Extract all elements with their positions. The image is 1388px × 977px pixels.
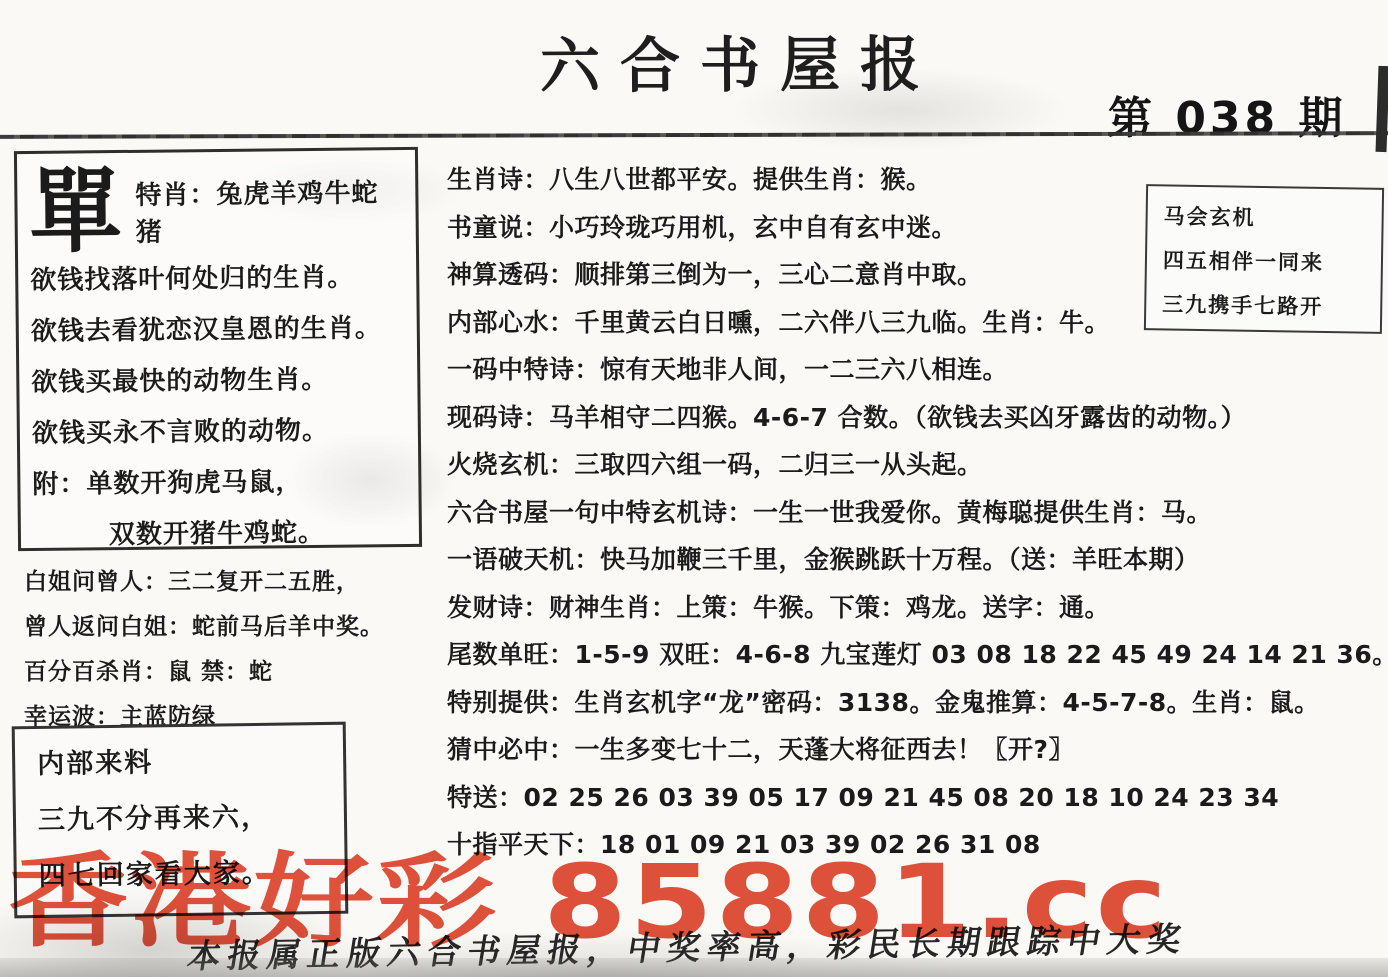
horse-club-mystery-box: 马会玄机 四五相伴一同来 三九携手七路开 [1144, 184, 1384, 334]
special-line: 欲钱去看犹恋汉皇恩的生肖。 [31, 303, 408, 358]
main-tip-line: 发财诗：财神生肖：上策：牛猴。下策：鸡龙。送字：通。 [447, 584, 1388, 632]
main-tip-line: 一语破天机：快马加鞭三千里，金猴跳跃十万程。（送：羊旺本期） [447, 536, 1388, 584]
horse-club-line: 四五相伴一同来 [1163, 238, 1382, 285]
scan-artifact [1376, 66, 1388, 152]
main-tip-line: 火烧玄机：三取四六组一码，二归三一从头起。 [447, 441, 1388, 489]
mid-left-line: 白姐问曾人：三二复开二五胜， [24, 560, 384, 605]
main-tip-line: 特别提供：生肖玄机字“龙”密码：3138。金鬼推算：4-5-7-8。生肖：鼠。 [447, 679, 1388, 727]
mid-left-line: 百分百杀肖：鼠 禁：蛇 [24, 650, 384, 695]
big-dan-character: 單 [29, 170, 122, 256]
watermark: 香港好彩 85881.cc [8, 852, 1169, 954]
main-tip-line: 尾数单旺：1-5-9 双旺：4-6-8 九宝莲灯 03 08 18 22 45 … [447, 631, 1388, 679]
scan-shadow [0, 958, 1388, 977]
special-line: 附：单数开狗虎马鼠， [32, 456, 409, 511]
main-tip-line: 六合书屋一句中特玄机诗：一生一世我爱你。黄梅聪提供生肖：马。 [447, 489, 1388, 537]
special-zodiac-box: 單 特肖：兔虎羊鸡牛蛇猪 欲钱找落叶何处归的生肖。 欲钱去看犹恋汉皇恩的生肖。 … [14, 147, 422, 551]
inner-info-line: 内部来料 [37, 733, 344, 793]
main-tip-line: 现码诗：马羊相守二四猴。4-6-7 合数。（欲钱去买凶牙露齿的动物。） [447, 394, 1388, 442]
main-tip-line: 一码中特诗：惊有天地非人间，一二三六八相连。 [447, 346, 1388, 394]
mid-left-line: 曾人返问白姐：蛇前马后羊中奖。 [24, 605, 384, 650]
special-line: 欲钱买永不言败的动物。 [32, 405, 409, 460]
special-box-header: 單 特肖：兔虎羊鸡牛蛇猪 [29, 156, 406, 256]
page-title: 六合书屋报 [540, 17, 940, 105]
inner-info-line: 三九不分再来六， [38, 789, 345, 849]
issue-number: 第 038 期 [1108, 82, 1346, 146]
main-tip-line: 特送：02 25 26 03 39 05 17 09 21 45 08 20 1… [447, 774, 1388, 822]
horse-club-line: 三九携手七路开 [1162, 282, 1381, 329]
main-tip-line: 猜中必中：一生多变七十二，天蓬大将征西去！〖开?〗 [447, 726, 1388, 774]
horse-club-line: 马会玄机 [1163, 194, 1382, 241]
special-line: 双数开猪牛鸡蛇。 [33, 507, 410, 562]
mid-left-tips: 白姐问曾人：三二复开二五胜， 曾人返问白姐：蛇前马后羊中奖。 百分百杀肖：鼠 禁… [24, 560, 384, 740]
special-line: 欲钱买最快的动物生肖。 [31, 354, 408, 409]
texiao-line: 特肖：兔虎羊鸡牛蛇猪 [121, 172, 406, 255]
special-line: 欲钱找落叶何处归的生肖。 [30, 252, 407, 307]
